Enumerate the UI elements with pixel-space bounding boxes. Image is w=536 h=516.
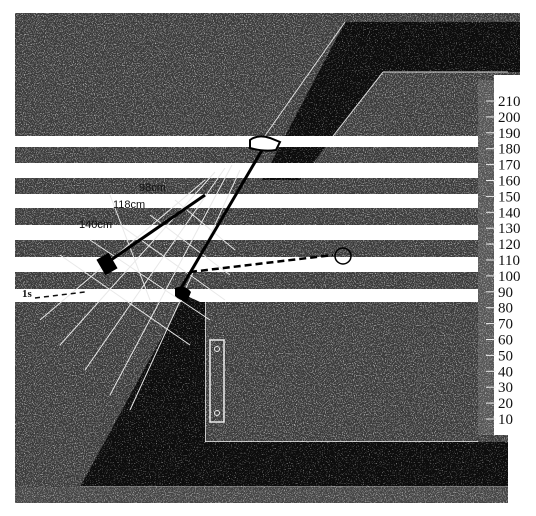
jump-diagram: 1s 98cm 118cm 140cm 21020019018017016015… — [0, 0, 536, 516]
scale-tick-label: 110 — [498, 253, 520, 269]
scale-tick-label: 60 — [498, 333, 513, 349]
scale-tick-label: 10 — [498, 412, 513, 428]
scale-tick-label: 80 — [498, 301, 513, 317]
scale-tick-label: 120 — [498, 237, 521, 253]
scale-tick-label: 210 — [498, 94, 521, 110]
scale-tick-label: 180 — [498, 142, 521, 158]
distance-label-140: 140cm — [79, 219, 112, 231]
scale-tick-label: 90 — [498, 285, 513, 301]
scale-tick-label: 20 — [498, 396, 513, 412]
scale-tick-label: 150 — [498, 189, 521, 205]
scale-tick-label: 190 — [498, 126, 521, 142]
height-ruler: 2102001901801701601501401301201101009080… — [478, 75, 536, 435]
scale-tick-label: 200 — [498, 110, 521, 126]
start-label: 1s — [22, 288, 33, 300]
scale-tick-label: 40 — [498, 364, 513, 380]
scale-tick-label: 100 — [498, 269, 521, 285]
scale-tick-label: 30 — [498, 380, 513, 396]
scale-tick-label: 140 — [498, 205, 521, 221]
distance-label-98: 98cm — [139, 182, 166, 194]
scale-tick-label: 170 — [498, 158, 521, 174]
scale-tick-label: 50 — [498, 348, 513, 364]
scale-tick-label: 160 — [498, 174, 521, 190]
lower-block — [205, 302, 478, 442]
scale-tick-label: 130 — [498, 221, 521, 237]
bottom-strip — [15, 487, 508, 503]
distance-label-118: 118cm — [113, 199, 145, 211]
scale-tick-label: 70 — [498, 317, 513, 333]
